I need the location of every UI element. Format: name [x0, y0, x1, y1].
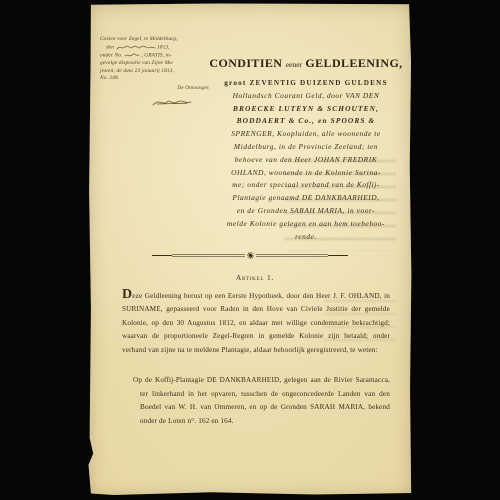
title-line: Plantagie genaamd DE DANKBAARHEID, — [199, 192, 413, 205]
divider-rule — [328, 255, 348, 256]
title-line: melde Kolonie gelegen en aan hem toebeho… — [199, 218, 413, 231]
article-paragraph: Deze Geldleening berust op een Eerste Hy… — [122, 290, 390, 357]
title-word: GELDLEENING, — [305, 56, 402, 70]
stamp-line-text: , GRATIS, in- — [141, 53, 171, 59]
photo-background: Gezien voor Zegel, te Middelburg, den 18… — [0, 0, 500, 500]
ornamental-divider — [152, 252, 348, 259]
title-line: SPRENGER, Koopluiden, alle woonende te — [199, 128, 413, 141]
stamp-line-text: den — [106, 44, 114, 50]
title-line: BODDAERT & Co., en SPOORS & — [199, 115, 413, 128]
signature-scribble — [151, 96, 193, 108]
title-line: en de Gronden SARAH MARIA, in voor- — [199, 205, 413, 218]
divider-chain — [256, 254, 329, 257]
title-line: Hollandsch Courant Geld, door VAN DEN — [199, 90, 413, 103]
document-title: CONDITIEN eener GELDLEENING, — [199, 56, 413, 71]
divider-rule — [152, 255, 172, 256]
stamp-line-text: onder No. — [100, 53, 122, 59]
stamp-line-text: 1813, — [157, 44, 170, 50]
stamp-line: Gezien voor Zegel, te Middelburg, — [100, 36, 216, 44]
handwriting-date-scribble — [116, 44, 156, 51]
divider-chain — [172, 254, 245, 257]
title-line: Middelburg, in de Provincie Zeeland; ten — [199, 141, 413, 154]
title-line: BROECKE LUTEYN & SCHOUTEN, — [199, 103, 413, 116]
document-page: Gezien voor Zegel, te Middelburg, den 18… — [88, 3, 412, 497]
handwriting-number-scribble — [124, 52, 140, 59]
title-line: rende. — [199, 231, 413, 244]
article-heading: Artikel 1. — [122, 273, 388, 282]
stamp-line: den 1813, — [100, 44, 216, 52]
title-line: behoeve van den Heer JOHAN FREDRIK — [199, 154, 413, 167]
divider-medallion-icon — [247, 252, 254, 259]
title-block: CONDITIEN eener GELDLEENING, groot ZEVEN… — [199, 56, 413, 243]
plantation-description-paragraph: Op de Koffij-Plantagie DE DANKBAARHEID, … — [122, 374, 390, 428]
title-word: CONDITIEN — [209, 56, 282, 70]
title-line: OHLAND, woonende in de Kolonie Surina- — [199, 167, 413, 180]
title-line: me; onder speciaal verband van de Koffij… — [199, 179, 413, 192]
title-word-small: eener — [286, 60, 302, 69]
title-line: groot ZEVENTIG DUIZEND GULDENS — [199, 77, 413, 90]
